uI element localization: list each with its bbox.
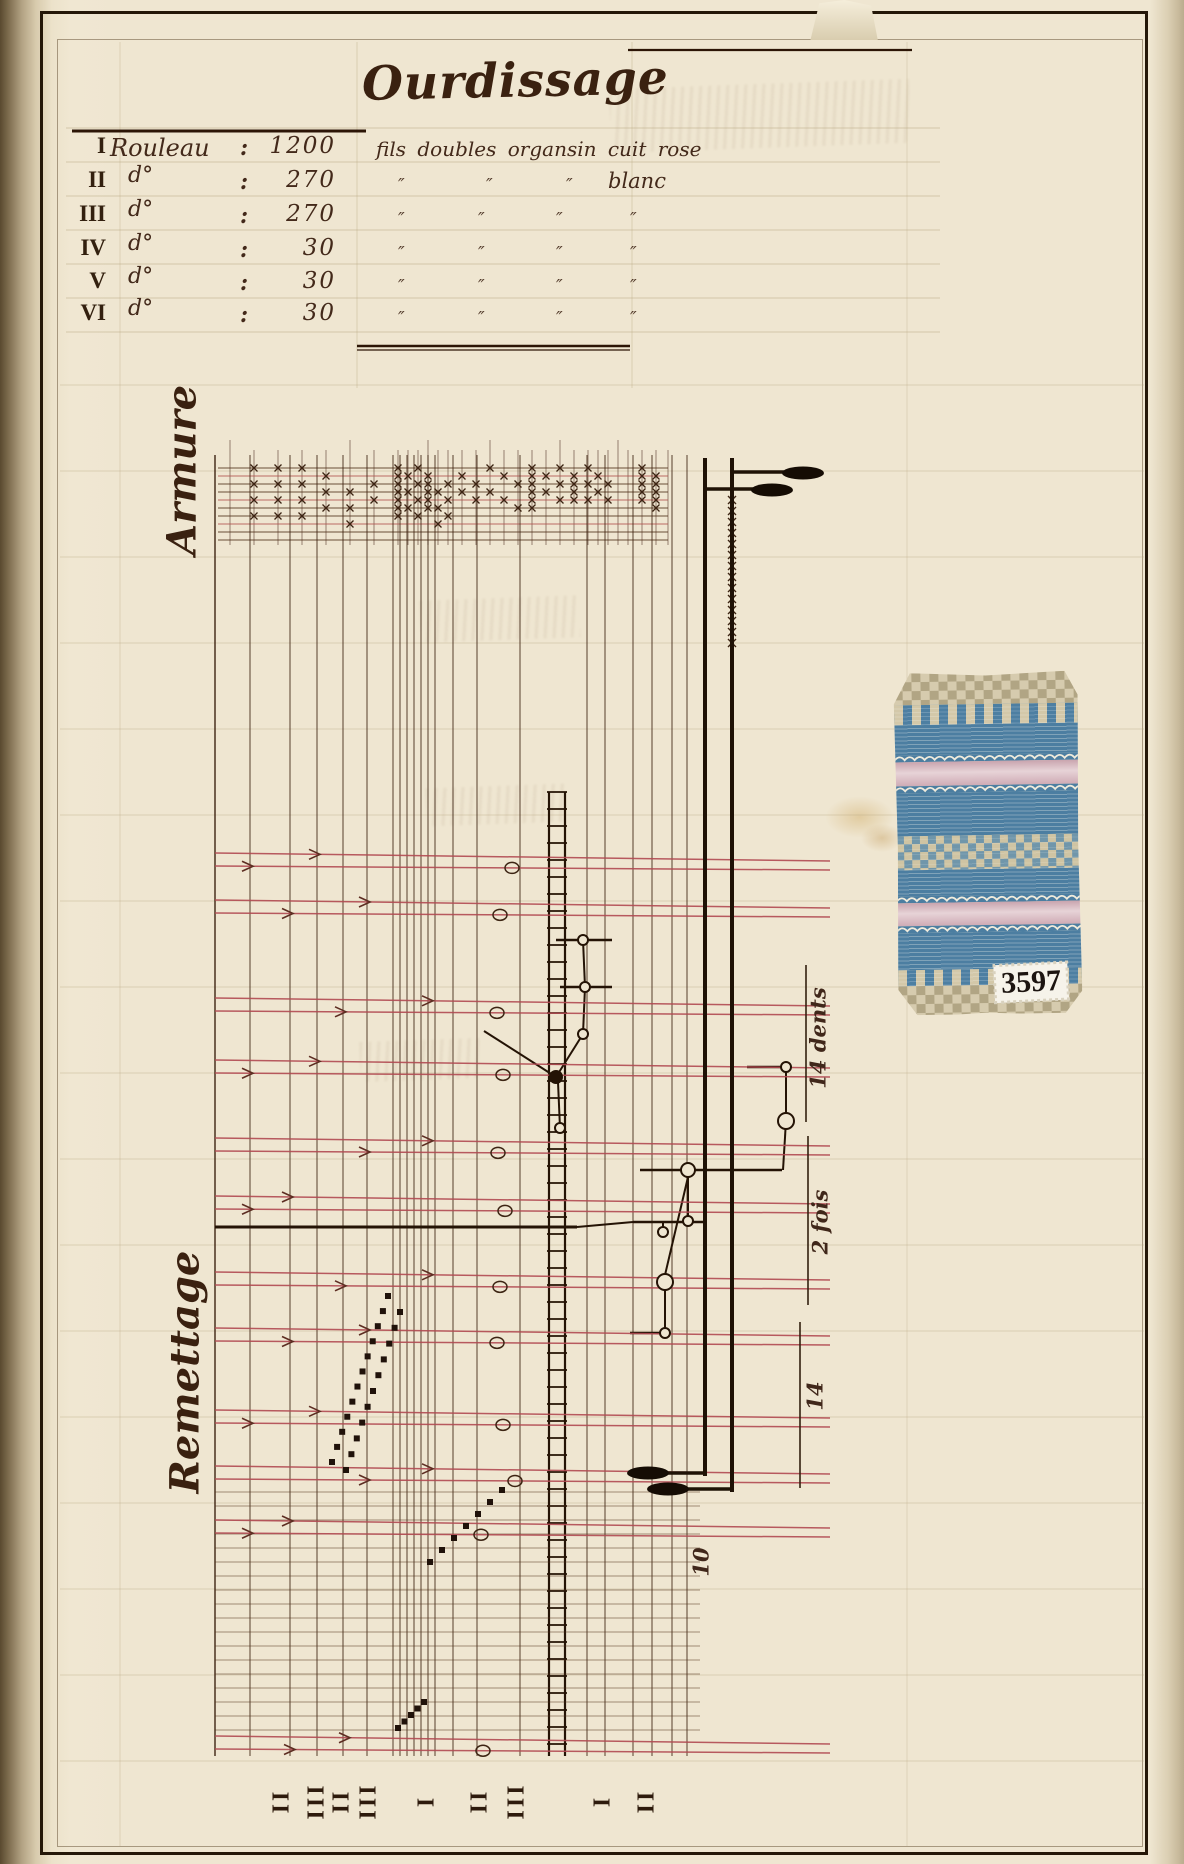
colon-separator: : <box>240 237 248 263</box>
swatch-band-pinstripe <box>894 723 1078 756</box>
thread-description: fils doubles organsin cuit rose <box>376 137 696 161</box>
remettage-section-label: Remettage <box>162 1251 209 1494</box>
thread-count-value: 30 <box>248 235 336 261</box>
group-numeral-5: I <box>414 1795 441 1807</box>
thread-count-value: 30 <box>248 268 336 294</box>
thread-count-value: 1200 <box>248 133 336 159</box>
swatch-band-pinstripe <box>896 868 1080 897</box>
row-numeral: V <box>62 268 106 294</box>
rouleau-name: Rouleau <box>110 134 210 162</box>
annotation-14: 14 <box>803 1381 828 1410</box>
thread-count-value: 270 <box>248 167 336 193</box>
ditto-mark: ″ <box>478 209 485 230</box>
swatch-band-checker <box>893 671 1077 706</box>
ditto-mark: ″ <box>630 308 637 329</box>
armure-section-label: Armure <box>159 385 206 555</box>
annotation-14-dents: 14 dents <box>806 987 831 1088</box>
rouleau-name: d° <box>128 197 153 222</box>
row-numeral: II <box>62 167 106 193</box>
colon-separator: : <box>240 302 248 328</box>
colon-separator: : <box>240 135 248 161</box>
rouleau-name: d° <box>128 264 153 289</box>
ditto-mark: ″ <box>630 276 637 297</box>
annotation-2-fois: 2 fois <box>808 1190 833 1255</box>
row-numeral: I <box>62 133 106 159</box>
swatch-band-pink <box>897 901 1081 927</box>
ditto-mark: ″ <box>478 243 485 264</box>
group-numeral-7: III <box>504 1782 531 1819</box>
ditto-mark: ″ <box>566 175 573 196</box>
group-numeral-3: II <box>329 1789 356 1814</box>
ditto-mark: ″ <box>478 308 485 329</box>
thread-count-value: 30 <box>248 300 336 326</box>
rouleau-name: d° <box>128 163 153 188</box>
color-note: blanc <box>608 169 666 193</box>
ditto-mark: ″ <box>486 175 493 196</box>
group-numeral-1: II <box>269 1789 296 1814</box>
swatch-band-jacquard <box>896 834 1081 871</box>
ditto-mark: ″ <box>630 243 637 264</box>
group-numeral-2: III <box>304 1782 331 1819</box>
group-numeral-8: I <box>590 1795 617 1807</box>
thread-count-value: 270 <box>248 201 336 227</box>
row-numeral: IV <box>62 235 106 261</box>
group-numeral-9: II <box>634 1789 661 1814</box>
ditto-mark: ″ <box>630 209 637 230</box>
rouleau-name: d° <box>128 231 153 256</box>
swatch-number-label: 3597 <box>993 961 1069 1003</box>
row-numeral: III <box>62 201 106 227</box>
rouleau-name: d° <box>128 296 153 321</box>
ditto-mark: ″ <box>398 209 405 230</box>
group-numeral-6: II <box>467 1789 494 1814</box>
ditto-mark: ″ <box>556 308 563 329</box>
annotation-10: 10 <box>689 1547 714 1576</box>
fabric-swatch: 3597 <box>893 671 1082 1018</box>
ditto-mark: ″ <box>556 276 563 297</box>
swatch-band-pinstripe <box>895 791 1080 837</box>
ditto-mark: ″ <box>398 276 405 297</box>
ditto-mark: ″ <box>478 276 485 297</box>
ditto-mark: ″ <box>398 243 405 264</box>
colon-separator: : <box>240 270 248 296</box>
row-numeral: VI <box>62 300 106 326</box>
scanned-page: Ourdissage IRouleau:1200fils doubles org… <box>0 0 1184 1864</box>
ditto-mark: ″ <box>398 308 405 329</box>
ditto-mark: ″ <box>398 175 405 196</box>
colon-separator: : <box>240 203 248 229</box>
ditto-mark: ″ <box>556 243 563 264</box>
swatch-band-pink <box>895 760 1079 787</box>
group-numeral-4: III <box>356 1782 383 1819</box>
colon-separator: : <box>240 169 248 195</box>
ditto-mark: ″ <box>556 209 563 230</box>
